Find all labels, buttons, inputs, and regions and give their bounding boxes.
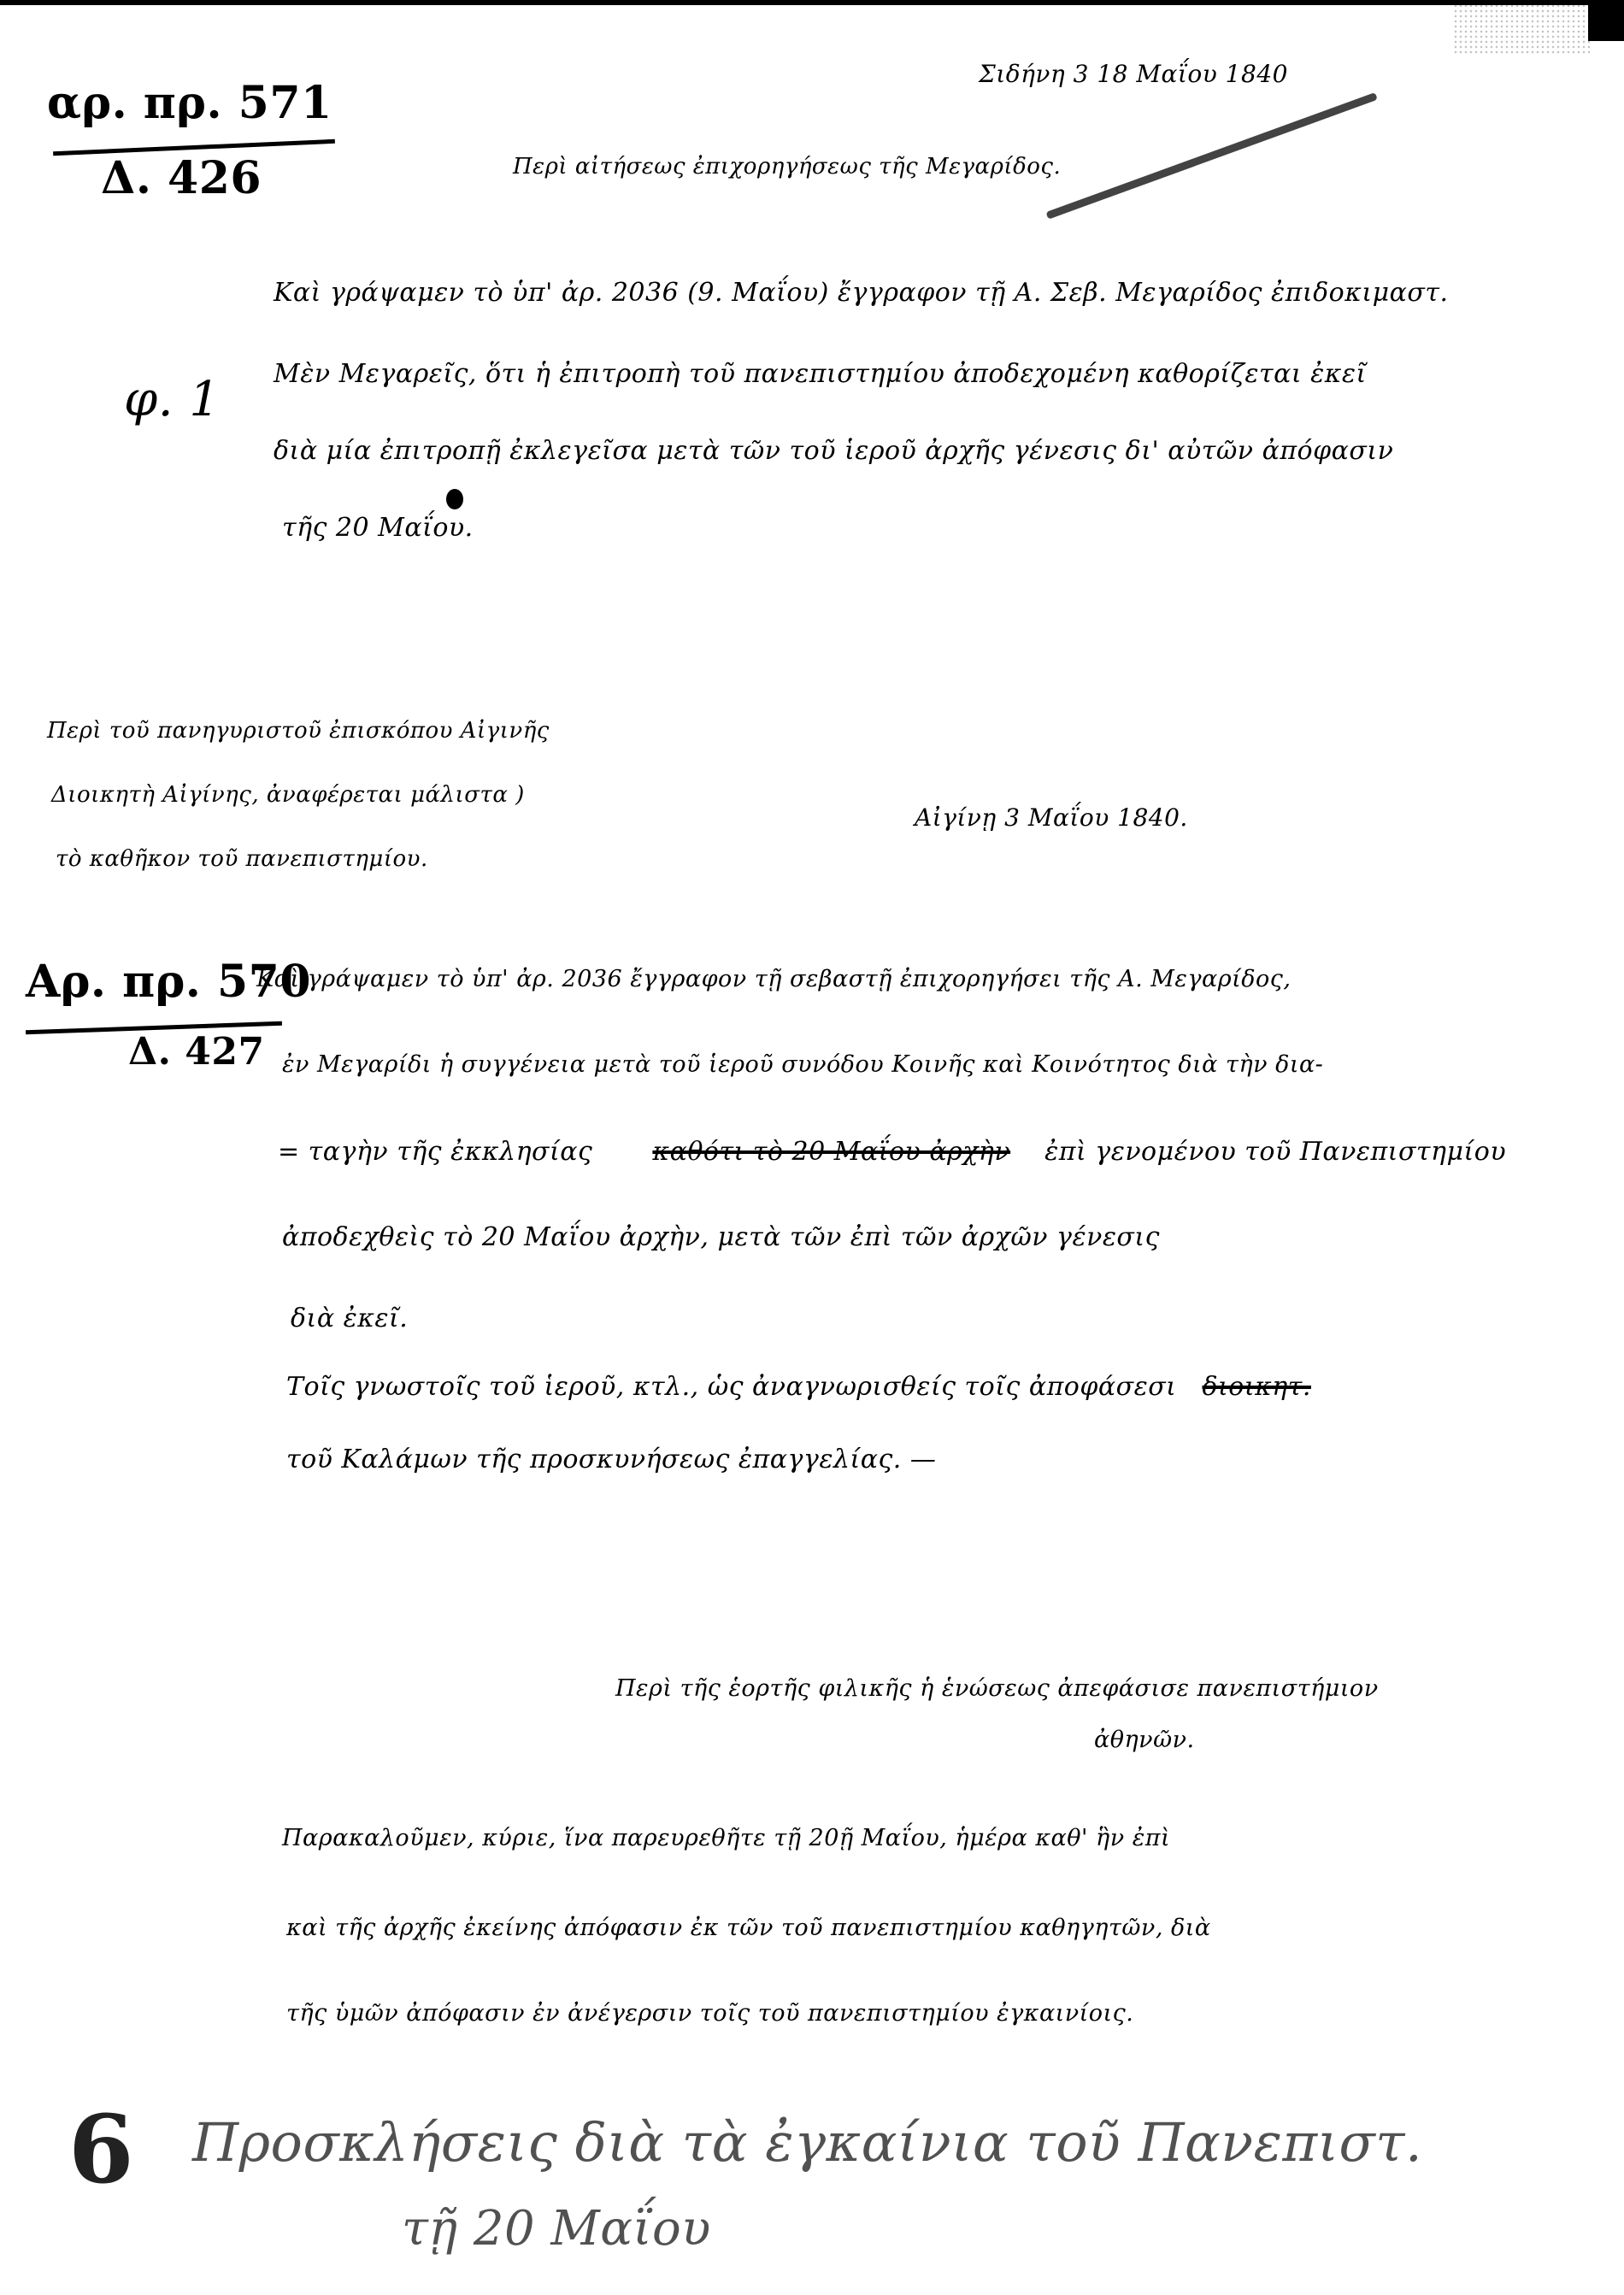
section3-subject-line-1: Περὶ τῆς ἑορτῆς φιλικῆς ἡ ἑνώσεως ἀπεφάσ… — [615, 1675, 1379, 1702]
section1-line-4: τῆς 20 Μαΐου. — [282, 513, 474, 543]
struck-word: διοικητ. — [1202, 1372, 1310, 1402]
section2-line-5: διὰ ἐκεῖ. — [291, 1303, 408, 1333]
section2-line-3-start: = ταγὴν τῆς ἐκκλησίας — [278, 1137, 592, 1167]
section2-place-date: Αἰγίνῃ 3 Μαΐου 1840. — [915, 803, 1188, 832]
struck-phrase: καθότι τὸ 20 Μαΐου ἀρχὴν — [652, 1137, 1010, 1167]
section3-subject-line-2: ἀθηνῶν. — [1094, 1727, 1195, 1753]
section1-line-2: Μὲν Μεγαρεῖς, ὅτι ἡ ἐπιτροπὴ τοῦ πανεπισ… — [274, 359, 1367, 389]
margin-note-line-2: Διοικητὴ Αἰγίνης, ἀναφέρεται μάλιστα ) — [51, 782, 525, 808]
header-place-date: Σιδήνη 3 18 Μαΐου 1840 — [979, 60, 1288, 88]
section3-line-3: τῆς ὑμῶν ἀπόφασιν ἐν ἀνέγερσιν τοῖς τοῦ … — [286, 2000, 1133, 2027]
section3-line-2: καὶ τῆς ἀρχῆς ἐκείνης ἀπόφασιν ἐκ τῶν το… — [286, 1915, 1211, 1941]
scan-border-top — [0, 0, 1624, 5]
insertion-phrase: ἐπὶ γενομένου τοῦ Πανεπιστημίου — [1044, 1137, 1506, 1167]
section2-line-2: ἐν Μεγαρίδι ἡ συγγένεια μετὰ τοῦ ἱεροῦ σ… — [282, 1051, 1323, 1078]
scan-speckle — [1453, 3, 1590, 55]
reference-number-bottom: Δ. 426 — [101, 152, 262, 204]
section1-line-3: διὰ μία ἐπιτροπῇ ἐκλεγεῖσα μετὰ τῶν τοῦ … — [274, 436, 1393, 466]
section2-line-3: = ταγὴν τῆς ἐκκλησίας καθότι τὸ 20 Μαΐου… — [278, 1137, 1506, 1167]
section2-line-7: τοῦ Καλάμων τῆς προσκυνήσεως ἐπαγγελίας.… — [286, 1445, 936, 1474]
section2-reference-bottom: Δ. 427 — [128, 1030, 265, 1074]
margin-note-line-1: Περὶ τοῦ πανηγυριστοῦ ἐπισκόπου Αἰγινῆς — [47, 718, 550, 744]
ink-blot — [446, 489, 463, 509]
scan-corner — [1588, 0, 1624, 41]
pencil-stroke — [1045, 92, 1377, 220]
folio-mark: φ. 1 — [124, 372, 220, 427]
reference-number-top: αρ. πρ. 571 — [47, 77, 332, 129]
section2-line-4: ἀποδεχθεὶς τὸ 20 Μαΐου ἀρχὴν, μετὰ τῶν ἐ… — [282, 1222, 1160, 1252]
pencil-note-line-1: Προσκλήσεις διὰ τὰ ἐγκαίνια τοῦ Πανεπιστ… — [192, 2111, 1422, 2174]
header-subject: Περὶ αἰτήσεως ἐπιχορηγήσεως τῆς Μεγαρίδο… — [513, 154, 1061, 179]
section2-line-1: Καὶ γράψαμεν τὸ ὑπ' ἀρ. 2036 ἔγγραφον τῇ… — [256, 966, 1291, 992]
section3-line-1: Παρακαλοῦμεν, κύριε, ἵνα παρευρεθῆτε τῇ … — [282, 1825, 1170, 1851]
pencil-note-line-2: τῇ 20 Μαΐου — [402, 2201, 711, 2257]
margin-note-line-3: τὸ καθῆκον τοῦ πανεπιστημίου. — [56, 846, 428, 872]
pencil-item-number: 6 — [68, 2094, 134, 2204]
section2-line-6-text: Τοῖς γνωστοῖς τοῦ ἱεροῦ, κτλ., ὡς ἀναγνω… — [286, 1372, 1176, 1402]
section2-line-6: Τοῖς γνωστοῖς τοῦ ἱεροῦ, κτλ., ὡς ἀναγνω… — [286, 1372, 1311, 1402]
section1-line-1: Καὶ γράψαμεν τὸ ὑπ' ἀρ. 2036 (9. Μαΐου) … — [274, 278, 1449, 308]
